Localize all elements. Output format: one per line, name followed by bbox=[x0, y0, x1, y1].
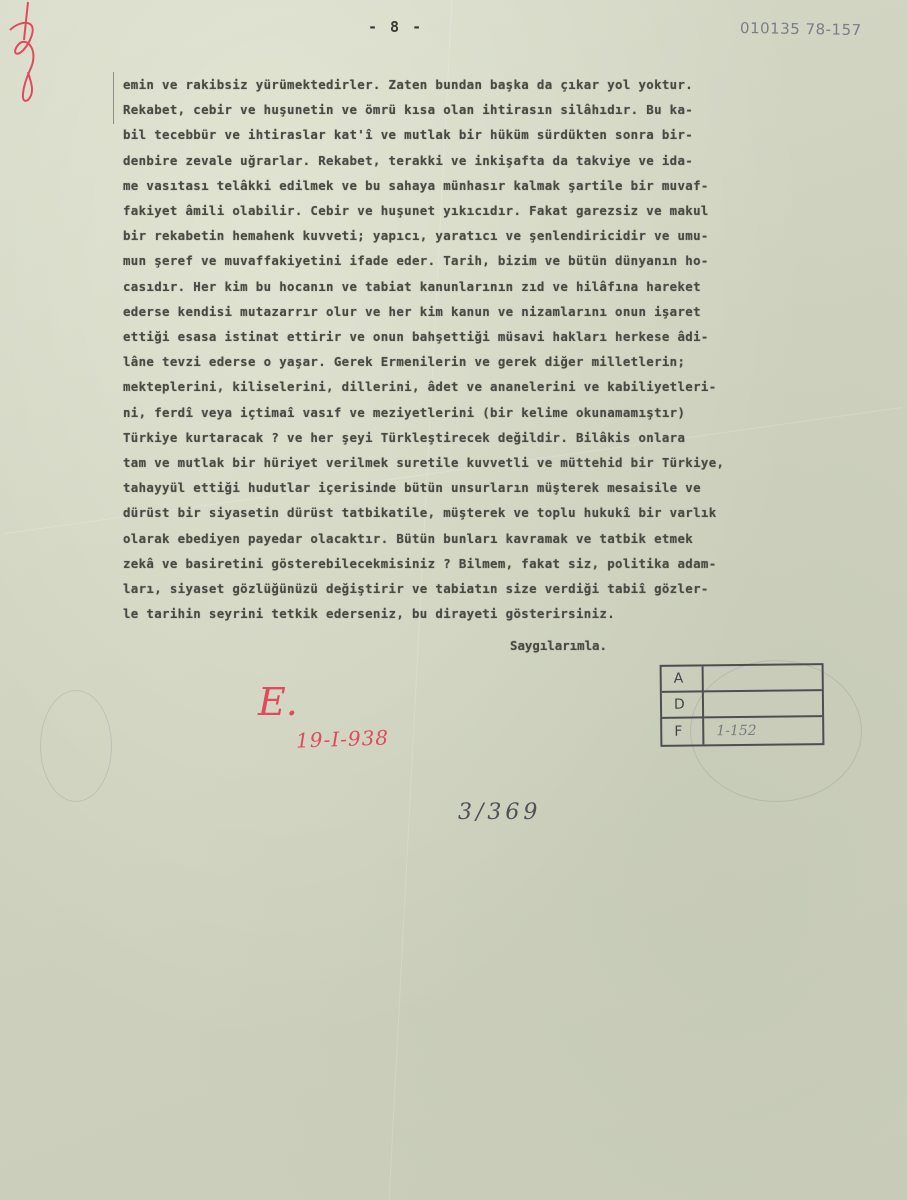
pencil-reference-number: 3/369 bbox=[458, 800, 541, 825]
text-line: tahayyül ettiği hudutlar içerisinde bütü… bbox=[123, 475, 883, 500]
text-line: ni, ferdî veya içtimaî vasıf ve meziyetl… bbox=[123, 400, 883, 425]
text-line: mekteplerini, kiliselerini, dillerini, â… bbox=[123, 374, 883, 399]
text-line: le tarihin seyrini tetkik ederseniz, bu … bbox=[123, 601, 883, 626]
text-line: ları, siyaset gözlüğünüzü değiştirir ve … bbox=[123, 576, 883, 601]
text-line: bil tecebbür ve ihtiraslar kat'î ve mutl… bbox=[123, 122, 883, 147]
margin-mark bbox=[113, 72, 114, 124]
text-line: mun şeref ve muvaffakiyetini ifade eder.… bbox=[123, 248, 883, 273]
red-signature-icon bbox=[0, 0, 60, 110]
text-line: me vasıtası telâkki edilmek ve bu sahaya… bbox=[123, 173, 883, 198]
text-line: lâne tevzi ederse o yaşar. Gerek Ermenil… bbox=[123, 349, 883, 374]
text-line: bir rekabetin hemahenk kuvveti; yapıcı, … bbox=[123, 223, 883, 248]
text-line: Rekabet, cebir ve huşunetin ve ömrü kısa… bbox=[123, 97, 883, 122]
red-initial-annotation: E. bbox=[258, 680, 298, 724]
stamp-key-a: A bbox=[662, 666, 704, 692]
text-line: ettiği esasa istinat ettirir ve onun bah… bbox=[123, 324, 883, 349]
stamp-key-d: D bbox=[662, 692, 704, 718]
typewritten-body: emin ve rakibsiz yürümektedirler. Zaten … bbox=[123, 72, 883, 626]
text-line: Türkiye kurtaracak ? ve her şeyi Türkleş… bbox=[123, 425, 883, 450]
registry-stamp-box: A D F 1-152 bbox=[660, 663, 825, 747]
closing-salutation: Saygılarımla. bbox=[510, 638, 607, 653]
text-line: emin ve rakibsiz yürümektedirler. Zaten … bbox=[123, 72, 883, 97]
stamp-value-d bbox=[704, 691, 822, 718]
red-date-annotation: 19-I-938 bbox=[296, 725, 390, 752]
text-line: ederse kendisi mutazarrır olur ve her ki… bbox=[123, 299, 883, 324]
text-line: denbire zevale uğrarlar. Rekabet, terakk… bbox=[123, 148, 883, 173]
stamp-value-f: 1-152 bbox=[704, 717, 822, 744]
text-line: zekâ ve basiretini gösterebilecekmisiniz… bbox=[123, 551, 883, 576]
text-line: olarak ebediyen payedar olacaktır. Bütün… bbox=[123, 526, 883, 551]
text-line: fakiyet âmili olabilir. Cebir ve huşunet… bbox=[123, 198, 883, 223]
stamp-value-a bbox=[704, 665, 822, 692]
faded-stamp-mark bbox=[40, 690, 112, 802]
archive-number: 010135 78-157 bbox=[740, 19, 862, 39]
page-number: - 8 - bbox=[368, 18, 423, 36]
stamp-key-f: F bbox=[662, 718, 704, 744]
document-page: - 8 - 010135 78-157 emin ve rakibsiz yür… bbox=[0, 0, 907, 1200]
text-line: dürüst bir siyasetin dürüst tatbikatile,… bbox=[123, 500, 883, 525]
text-line: tam ve mutlak bir hüriyet verilmek suret… bbox=[123, 450, 883, 475]
text-line: casıdır. Her kim bu hocanın ve tabiat ka… bbox=[123, 274, 883, 299]
